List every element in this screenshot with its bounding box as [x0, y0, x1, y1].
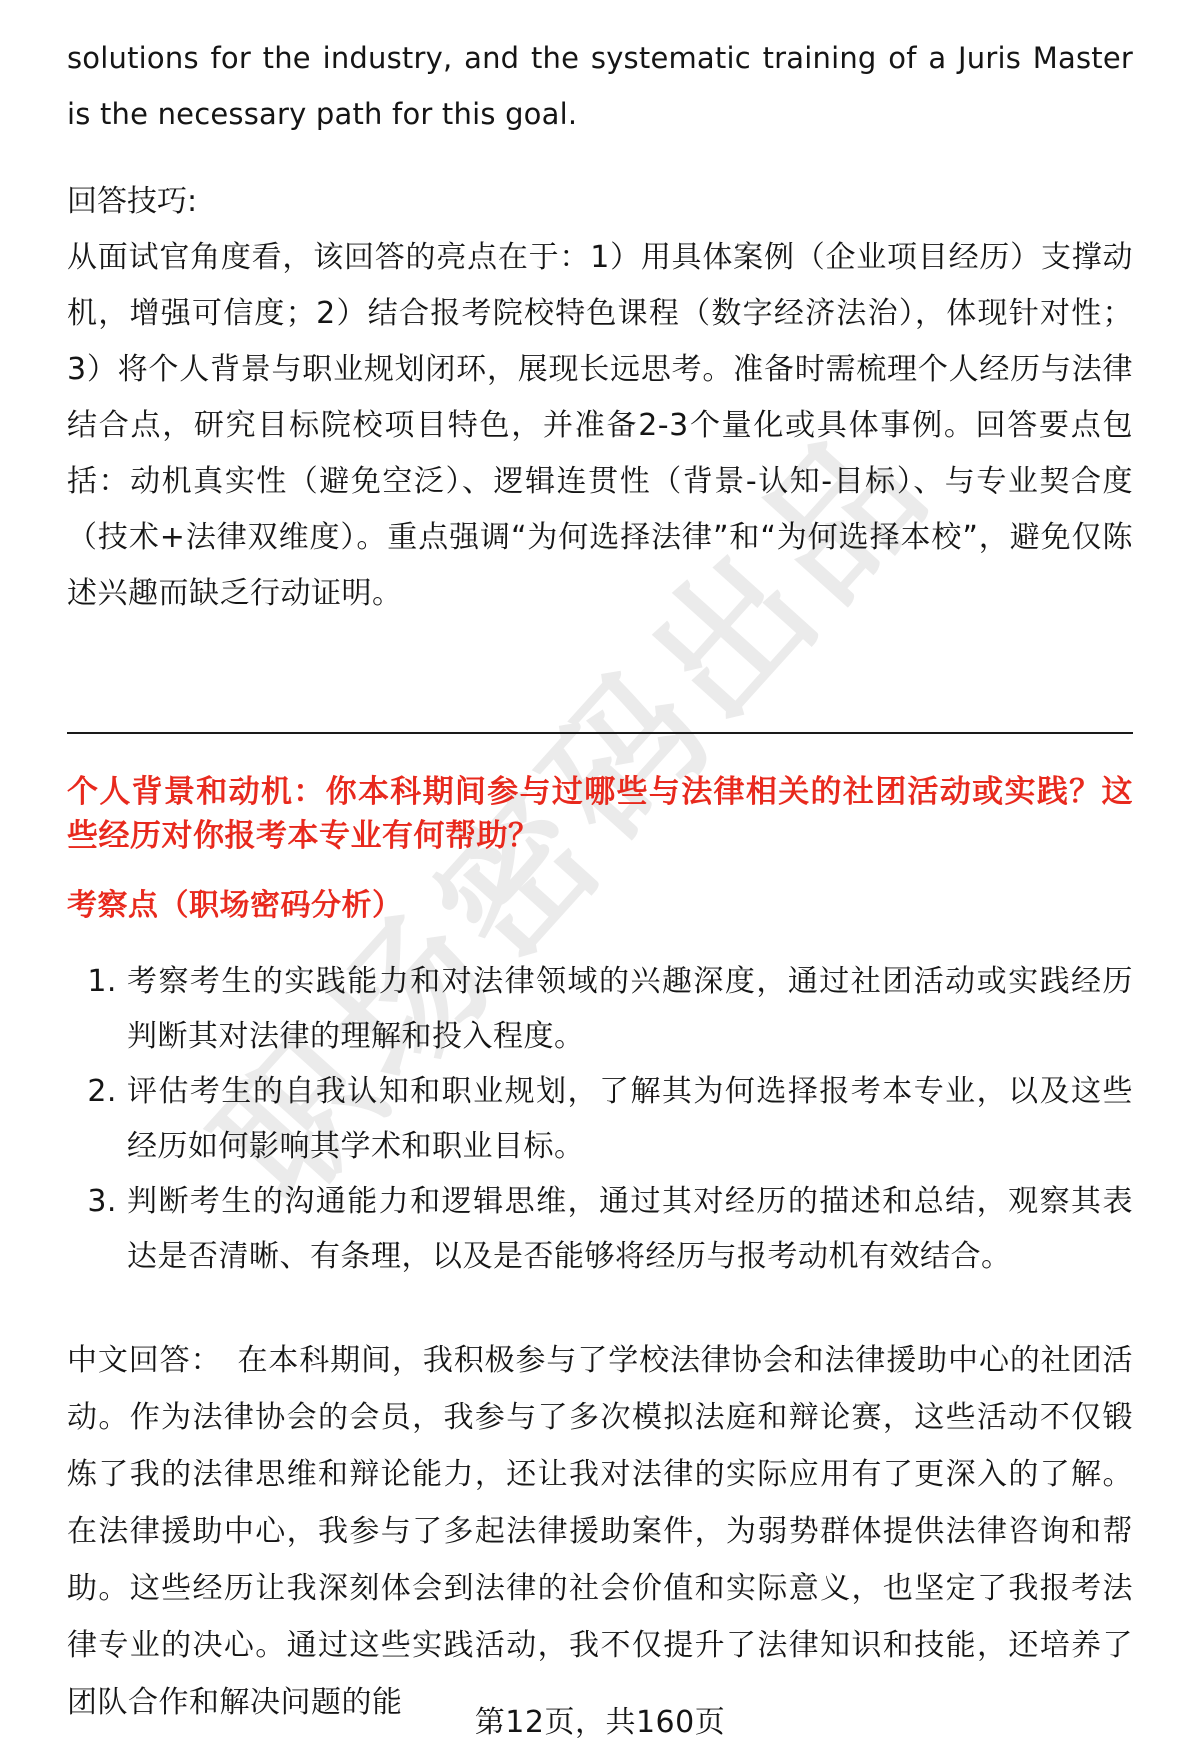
answer-tips-paragraph: 从面试官角度看，该回答的亮点在于：1）用具体案例（企业项目经历）支撑动机，增强可… — [67, 230, 1133, 622]
chinese-answer-text: 在本科期间，我积极参与了学校法律协会和法律援助中心的社团活动。作为法律协会的会员… — [67, 1343, 1133, 1720]
section-divider — [67, 732, 1133, 734]
question-title: 个人背景和动机：你本科期间参与过哪些与法律相关的社团活动或实践？这些经历对你报考… — [67, 770, 1133, 858]
assessment-point-item: 评估考生的自我认知和职业规划，了解其为何选择报考本专业，以及这些经历如何影响其学… — [127, 1064, 1133, 1174]
assessment-points-list: 考察考生的实践能力和对法律领域的兴趣深度，通过社团活动或实践经历判断其对法律的理… — [67, 954, 1133, 1284]
page-number-indicator: 第12页，共160页 — [0, 1697, 1200, 1741]
chinese-answer-paragraph: 中文回答：在本科期间，我积极参与了学校法律协会和法律援助中心的社团活动。作为法律… — [67, 1332, 1133, 1731]
assessment-point-item: 判断考生的沟通能力和逻辑思维，通过其对经历的描述和总结，观察其表达是否清晰、有条… — [127, 1174, 1133, 1284]
answer-tips-label: 回答技巧: — [67, 174, 1133, 230]
assessment-section-label: 考察点（职场密码分析） — [67, 884, 1133, 928]
page-content: solutions for the industry, and the syst… — [0, 0, 1200, 1731]
assessment-point-item: 考察考生的实践能力和对法律领域的兴趣深度，通过社团活动或实践经历判断其对法律的理… — [127, 954, 1133, 1064]
document-page: 职场密码出品 solutions for the industry, and t… — [0, 0, 1200, 1755]
english-intro-paragraph: solutions for the industry, and the syst… — [67, 30, 1133, 142]
chinese-answer-label: 中文回答： — [67, 1343, 221, 1378]
